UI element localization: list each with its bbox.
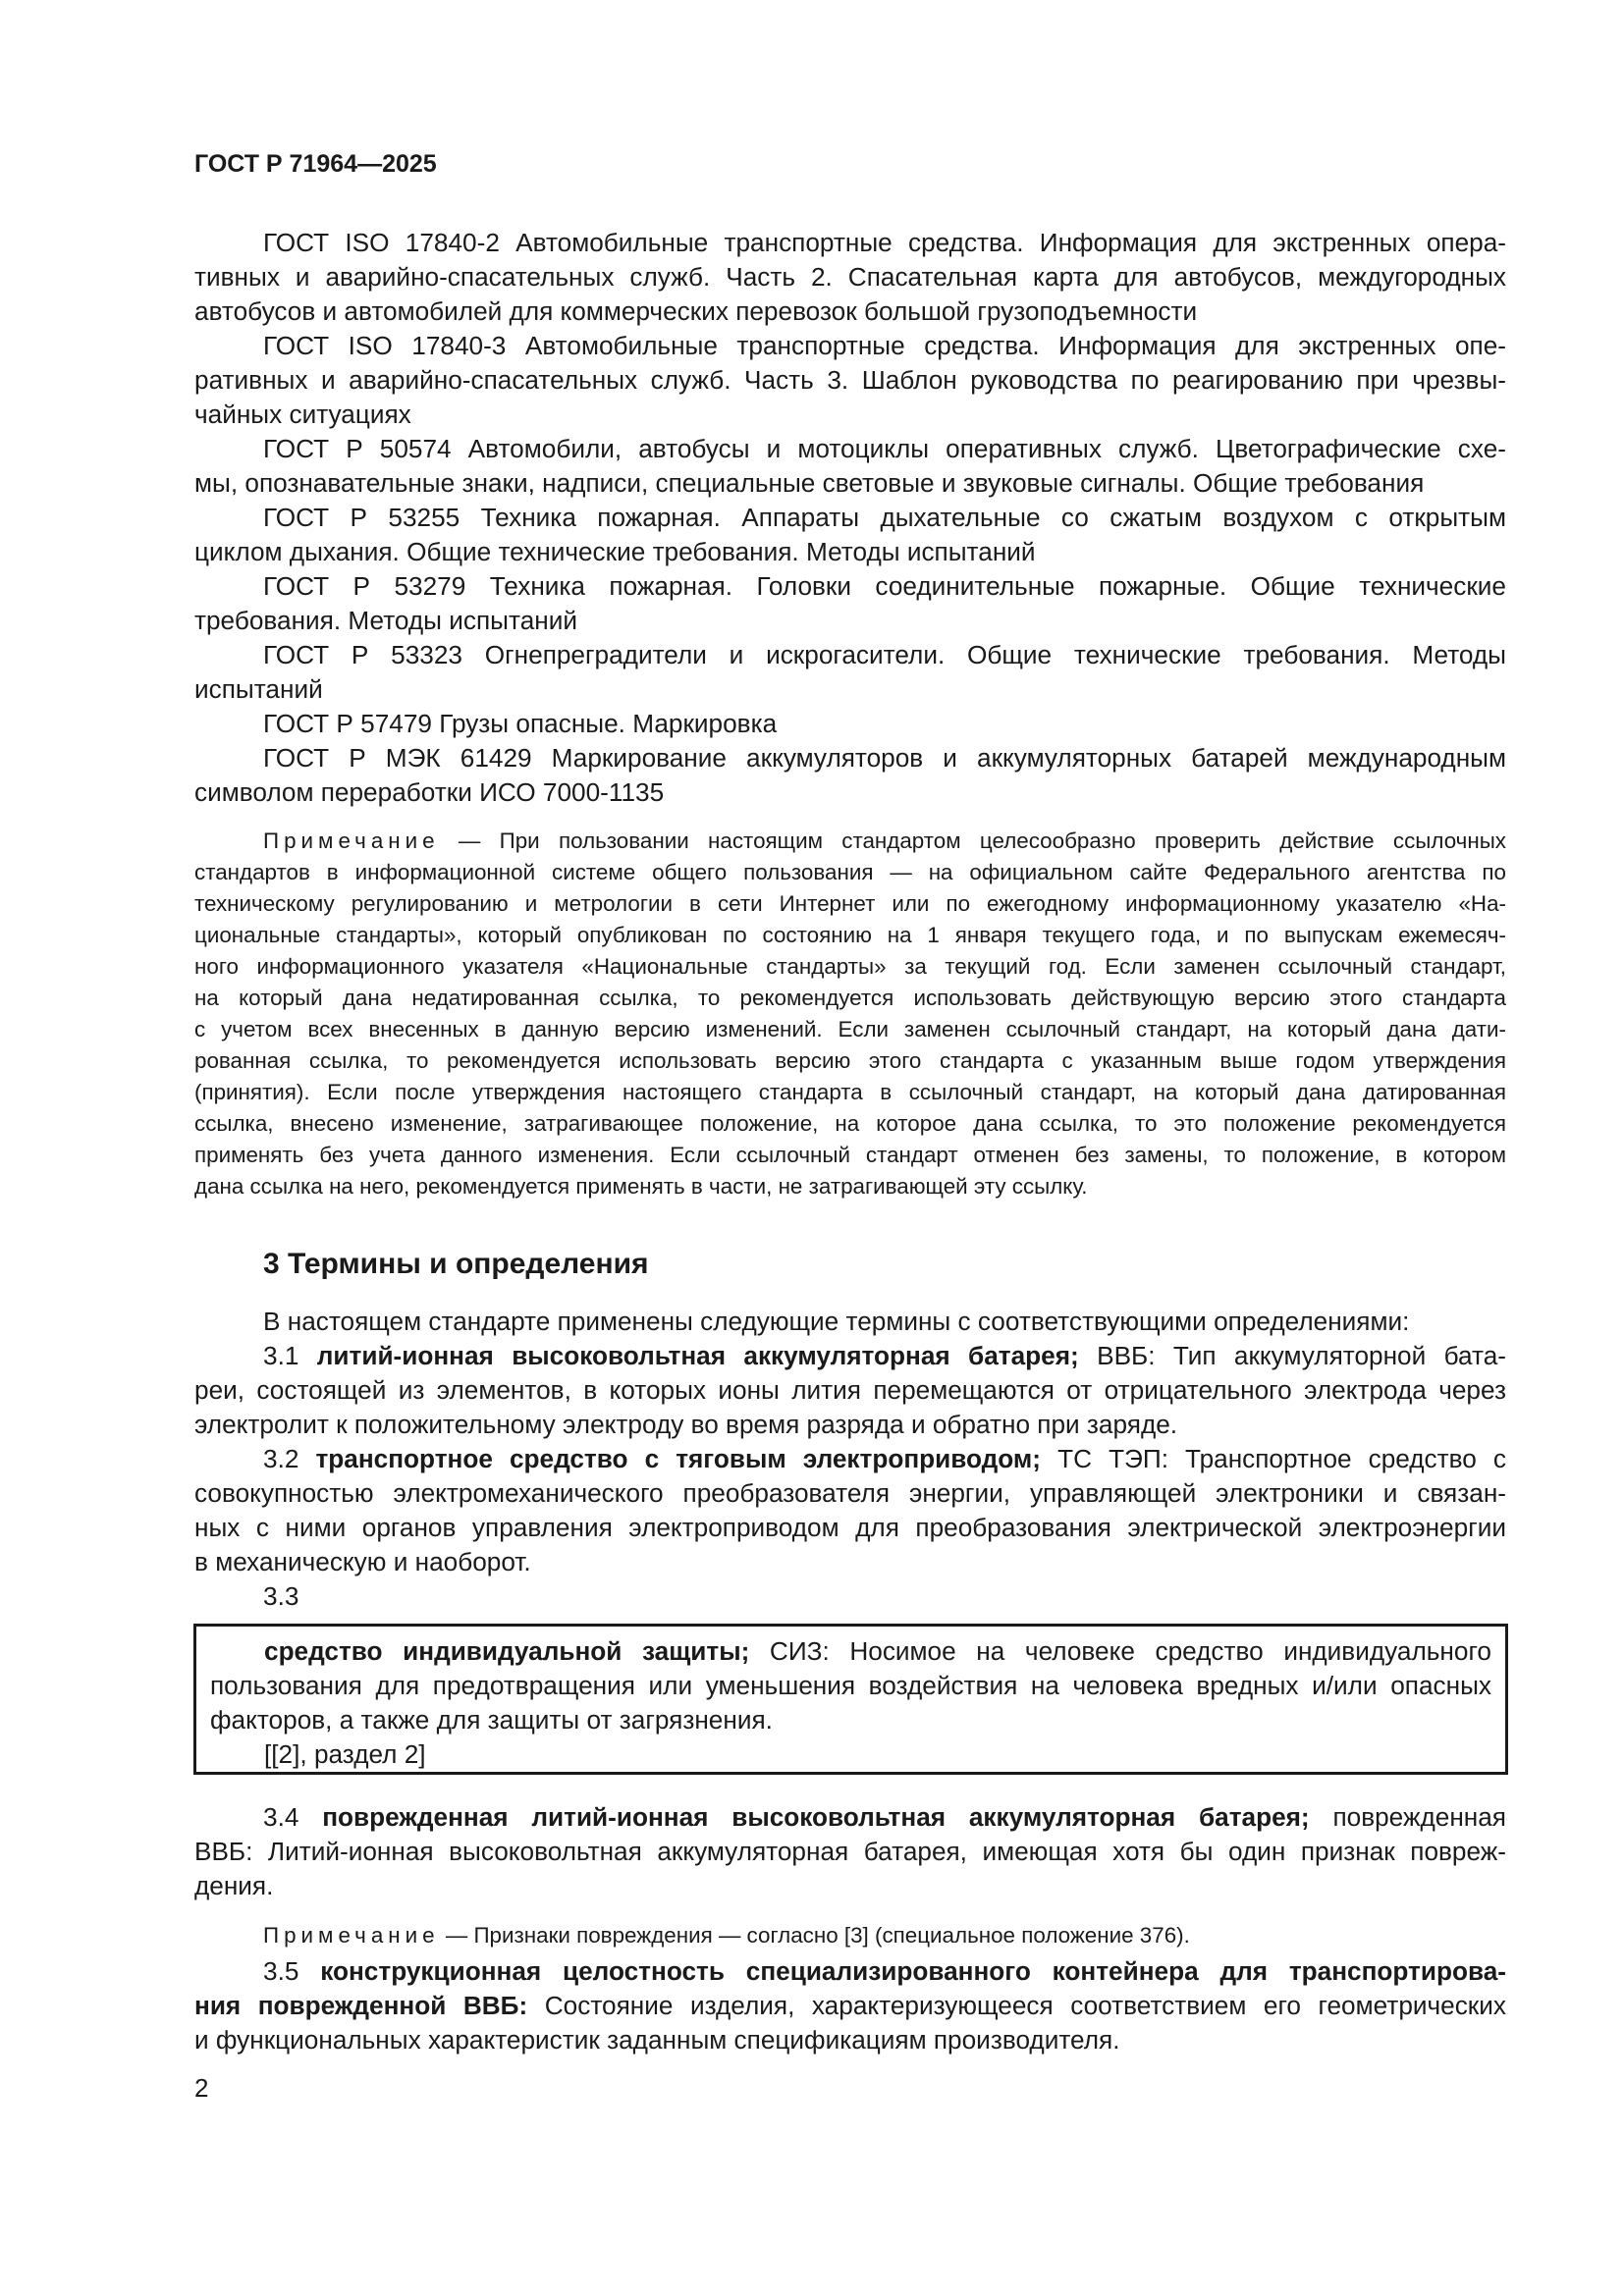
term-line: реи, состоящей из элементов, в которых и… bbox=[194, 1373, 1506, 1408]
note-label: Примечание bbox=[263, 828, 440, 853]
note-line: дана ссылка на него, рекомендуется приме… bbox=[194, 1171, 1506, 1202]
note-line: на который дана недатированная ссылка, т… bbox=[194, 983, 1506, 1014]
term-line: 3.1 литий-ионная высоковольтная аккумуля… bbox=[194, 1339, 1506, 1373]
reference-line: циклом дыхания. Общие технические требов… bbox=[194, 535, 1506, 569]
term-name: транспортное средство с тяговым электроп… bbox=[315, 1444, 1041, 1473]
reference-item: ГОСТ Р 50574 Автомобили, автобусы и мото… bbox=[194, 432, 1506, 501]
note-line: техническому регулированию и метрологии … bbox=[194, 888, 1506, 920]
reference-line: тивных и аварийно-спасательных служб. Ча… bbox=[194, 260, 1506, 294]
note-label: Примечание bbox=[263, 1923, 440, 1948]
note-line: применять без учета данного изменения. Е… bbox=[194, 1140, 1506, 1171]
term-name: средство индивидуальной защиты; bbox=[264, 1636, 749, 1666]
note-line: ного информационного указателя «Национал… bbox=[194, 951, 1506, 983]
term-name: конструкционная целостность специализиро… bbox=[320, 1956, 1506, 1986]
reference-line: ГОСТ Р 57479 Грузы опасные. Маркировка bbox=[194, 707, 1506, 741]
reference-line: ГОСТ Р 53255 Техника пожарная. Аппараты … bbox=[194, 501, 1506, 535]
term-line: факторов, а также для защиты от загрязне… bbox=[210, 1703, 1491, 1737]
reference-item: ГОСТ Р 57479 Грузы опасные. Маркировка bbox=[194, 707, 1506, 741]
reference-line: ГОСТ Р 53323 Огнепреградители и искрогас… bbox=[194, 638, 1506, 672]
reference-item: ГОСТ ISO 17840-2 Автомобильные транспорт… bbox=[194, 226, 1506, 329]
term-definition: ТС ТЭП: Транспортное средство с bbox=[1041, 1444, 1506, 1473]
reference-line: символом переработки ИСО 7000-1135 bbox=[194, 775, 1506, 810]
terms-block: В настоящем стандарте применены следующи… bbox=[194, 1305, 1506, 1614]
reference-line: ГОСТ ISO 17840-2 Автомобильные транспорт… bbox=[194, 226, 1506, 260]
term-name: литий-ионная высоковольтная аккумуляторн… bbox=[317, 1341, 1079, 1370]
term-line: электролит к положительному электроду во… bbox=[194, 1408, 1506, 1442]
reference-line: ГОСТ Р МЭК 61429 Маркирование аккумулято… bbox=[194, 741, 1506, 775]
term-3-2: 3.2 транспортное средство с тяговым элек… bbox=[194, 1442, 1506, 1579]
term-3-4: 3.4 поврежденная литий-ионная высоковоль… bbox=[194, 1800, 1506, 1903]
term-line: 3.5 конструкционная целостность специали… bbox=[194, 1954, 1506, 1989]
term-number: 3.4 bbox=[263, 1802, 322, 1832]
page-number: 2 bbox=[194, 2073, 208, 2103]
note-text: — Признаки повреждения — согласно [3] (с… bbox=[440, 1923, 1190, 1948]
term-line: ния поврежденной ВВБ: Состояние изделия,… bbox=[194, 1989, 1506, 2023]
note-line: рованная ссылка, то рекомендуется исполь… bbox=[194, 1045, 1506, 1077]
note-line: с учетом всех внесенных в данную версию … bbox=[194, 1014, 1506, 1045]
damage-note: Примечание — Признаки повреждения — согл… bbox=[194, 1920, 1506, 1951]
term-line: дения. bbox=[194, 1869, 1506, 1903]
term-number-3-3: 3.3 bbox=[194, 1579, 1506, 1614]
term-definition: СИЗ: Носимое на человеке средство индиви… bbox=[749, 1636, 1491, 1666]
term-line: совокупностью электромеханического преоб… bbox=[194, 1476, 1506, 1511]
reference-line: ративных и аварийно-спасательных служб. … bbox=[194, 363, 1506, 398]
note-line: циональные стандарты», который опубликов… bbox=[194, 920, 1506, 951]
term-line: средство индивидуальной защиты; СИЗ: Нос… bbox=[210, 1634, 1491, 1669]
term-name: поврежденная литий-ионная высоковольтная… bbox=[322, 1802, 1309, 1832]
reference-line: испытаний bbox=[194, 672, 1506, 707]
note-line: Примечание — Признаки повреждения — согл… bbox=[194, 1920, 1506, 1951]
term-3-1: 3.1 литий-ионная высоковольтная аккумуля… bbox=[194, 1339, 1506, 1442]
term-line: в механическую и наоборот. bbox=[194, 1545, 1506, 1579]
reference-item: ГОСТ Р 53279 Техника пожарная. Головки с… bbox=[194, 569, 1506, 638]
reference-line: чайных ситуациях bbox=[194, 398, 1506, 432]
section-intro: В настоящем стандарте применены следующи… bbox=[194, 1305, 1506, 1339]
note-line: ссылка, внесено изменение, затрагивающее… bbox=[194, 1108, 1506, 1140]
quoted-term-box: средство индивидуальной защиты; СИЗ: Нос… bbox=[193, 1624, 1508, 1775]
term-number: 3.2 bbox=[263, 1444, 315, 1473]
term-line: и функциональных характеристик заданным … bbox=[194, 2023, 1506, 2057]
note-line: Примечание — При пользовании настоящим с… bbox=[194, 826, 1506, 857]
term-source: [[2], раздел 2] bbox=[210, 1737, 1491, 1772]
term-3-5: 3.5 конструкционная целостность специали… bbox=[194, 1954, 1506, 2057]
reference-item: ГОСТ ISO 17840-3 Автомобильные транспорт… bbox=[194, 329, 1506, 432]
term-definition: Состояние изделия, характеризующееся соо… bbox=[527, 1991, 1506, 2020]
reference-line: требования. Методы испытаний bbox=[194, 604, 1506, 638]
term-line: 3.4 поврежденная литий-ионная высоковоль… bbox=[194, 1800, 1506, 1835]
reference-item: ГОСТ Р 53323 Огнепреградители и искрогас… bbox=[194, 638, 1506, 707]
reference-line: ГОСТ Р 53279 Техника пожарная. Головки с… bbox=[194, 569, 1506, 604]
reference-line: мы, опознавательные знаки, надписи, спец… bbox=[194, 466, 1506, 501]
reference-line: ГОСТ Р 50574 Автомобили, автобусы и мото… bbox=[194, 432, 1506, 466]
references-note: Примечание — При пользовании настоящим с… bbox=[194, 826, 1506, 1202]
term-name-continued: ния поврежденной ВВБ: bbox=[194, 1991, 527, 2020]
document-header: ГОСТ Р 71964—2025 bbox=[194, 149, 437, 179]
note-line: (принятия). Если после утверждения насто… bbox=[194, 1077, 1506, 1108]
term-line: ВВБ: Литий-ионная высоковольтная аккумул… bbox=[194, 1835, 1506, 1869]
term-number: 3.5 bbox=[263, 1956, 320, 1986]
normative-references: ГОСТ ISO 17840-2 Автомобильные транспорт… bbox=[194, 226, 1506, 810]
reference-line: ГОСТ ISO 17840-3 Автомобильные транспорт… bbox=[194, 329, 1506, 363]
term-line: ных с ними органов управления электропри… bbox=[194, 1511, 1506, 1545]
term-number: 3.1 bbox=[263, 1341, 317, 1370]
reference-item: ГОСТ Р МЭК 61429 Маркирование аккумулято… bbox=[194, 741, 1506, 810]
term-definition: поврежденная bbox=[1310, 1802, 1506, 1832]
term-line: пользования для предотвращения или умень… bbox=[210, 1669, 1491, 1703]
section-heading: 3 Термины и определения bbox=[263, 1247, 649, 1282]
term-definition: ВВБ: Тип аккумуляторной бата- bbox=[1079, 1341, 1506, 1370]
note-text: — При пользовании настоящим стандартом ц… bbox=[440, 828, 1506, 853]
note-line: стандартов в информационной системе обще… bbox=[194, 857, 1506, 888]
reference-item: ГОСТ Р 53255 Техника пожарная. Аппараты … bbox=[194, 501, 1506, 569]
reference-line: автобусов и автомобилей для коммерческих… bbox=[194, 294, 1506, 329]
term-line: 3.2 транспортное средство с тяговым элек… bbox=[194, 1442, 1506, 1476]
